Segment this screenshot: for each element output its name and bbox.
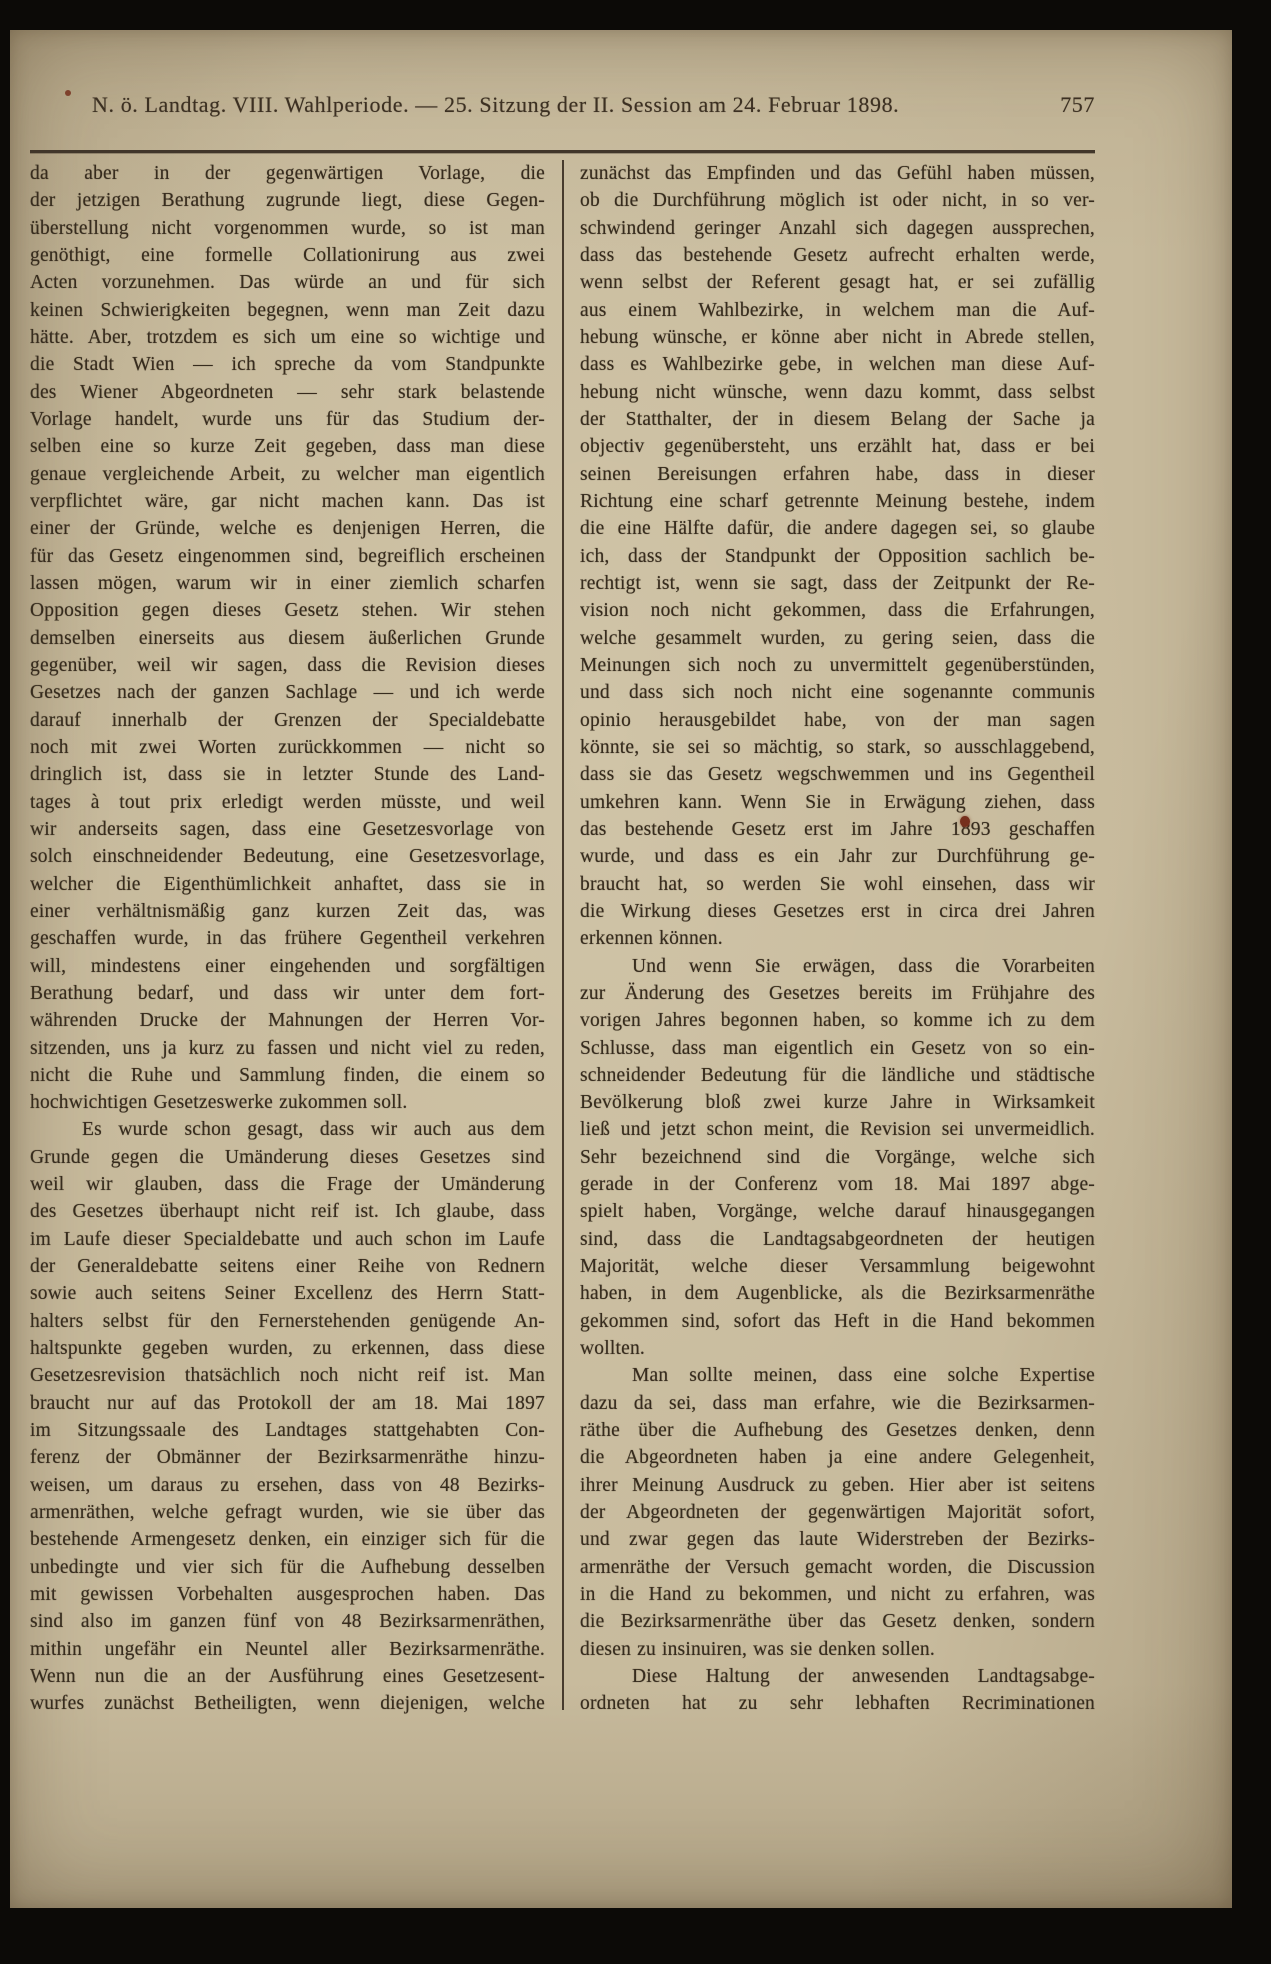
ink-stain — [960, 816, 970, 827]
text-line: armenräthen, welche gefragt wurden, wie … — [30, 1499, 545, 1526]
paper: N. ö. Landtag. VIII. Wahlperiode. — 25. … — [10, 30, 1232, 1908]
text-line: ließ und jetzt schon meint, die Revision… — [580, 1116, 1095, 1143]
text-line: vorigen Jahres begonnen haben, so komme … — [580, 1007, 1095, 1034]
text-line: solch einschneidender Bedeutung, eine Ge… — [30, 843, 545, 870]
text-line: mithin ungefähr ein Neuntel aller Bezirk… — [30, 1636, 545, 1663]
text-line: objectiv gegenübersteht, uns erzählt hat… — [580, 433, 1095, 460]
text-line: zunächst das Empfinden und das Gefühl ha… — [580, 160, 1095, 187]
text-line: schwindend geringer Anzahl sich dagegen … — [580, 215, 1095, 242]
column-divider — [562, 160, 564, 1710]
text-line: gekommen sind, sofort das Heft in die Ha… — [580, 1308, 1095, 1335]
text-line: könnte, sie sei so mächtig, so stark, so… — [580, 734, 1095, 761]
text-line: der jetzigen Berathung zugrunde liegt, d… — [30, 187, 545, 214]
text-line: zur Änderung des Gesetzes bereits im Frü… — [580, 980, 1095, 1007]
text-line: Gesetzesrevision thatsächlich noch nicht… — [30, 1362, 545, 1389]
text-line: hebung wünsche, er könne aber nicht in A… — [580, 324, 1095, 351]
text-line: Vorlage handelt, wurde uns für das Studi… — [30, 406, 545, 433]
text-line: gegenüber, weil wir sagen, dass die Revi… — [30, 652, 545, 679]
text-line: darauf innerhalb der Grenzen der Special… — [30, 707, 545, 734]
text-line: genaue vergleichende Arbeit, zu welcher … — [30, 461, 545, 488]
text-line: weisen, um daraus zu ersehen, dass von 4… — [30, 1472, 545, 1499]
text-line: im Sitzungssaale des Landtages stattgeha… — [30, 1417, 545, 1444]
text-line: da aber in der gegenwärtigen Vorlage, di… — [30, 160, 545, 187]
text-line: rechtigt ist, wenn sie sagt, dass der Ze… — [580, 570, 1095, 597]
text-line: Und wenn Sie erwägen, dass die Vorarbeit… — [580, 953, 1095, 980]
text-line: der Statthalter, der in diesem Belang de… — [580, 406, 1095, 433]
text-line: der Generaldebatte seitens einer Reihe v… — [30, 1253, 545, 1280]
text-line: Berathung bedarf, und dass wir unter dem… — [30, 980, 545, 1007]
text-line: wurde, und dass es ein Jahr zur Durchfüh… — [580, 843, 1095, 870]
text-line: für das Gesetz eingenommen sind, begreif… — [30, 543, 545, 570]
text-line: wurfes zunächst Betheiligten, wenn dieje… — [30, 1690, 545, 1717]
text-line: Meinungen sich noch zu unvermittelt gege… — [580, 652, 1095, 679]
text-line: Richtung eine scharf getrennte Meinung b… — [580, 488, 1095, 515]
text-line: und zwar gegen das laute Widerstreben de… — [580, 1526, 1095, 1553]
text-line: braucht hat, so werden Sie wohl einsehen… — [580, 871, 1095, 898]
text-line: ich, dass der Standpunkt der Opposition … — [580, 543, 1095, 570]
text-line: in die Hand zu bekommen, und nicht zu er… — [580, 1581, 1095, 1608]
text-line: wenn selbst der Referent gesagt hat, er … — [580, 269, 1095, 296]
header-title: N. ö. Landtag. VIII. Wahlperiode. — 25. … — [30, 92, 899, 118]
text-line: Majorität, welche dieser Versammlung bei… — [580, 1253, 1095, 1280]
text-line: überstellung nicht vorgenommen wurde, so… — [30, 215, 545, 242]
text-line: dass es Wahlbezirke gebe, in welchen man… — [580, 351, 1095, 378]
text-line: Es wurde schon gesagt, dass wir auch aus… — [30, 1116, 545, 1143]
text-line: tages à tout prix erledigt werden müsste… — [30, 789, 545, 816]
text-column-right: zunächst das Empfinden und das Gefühl ha… — [580, 160, 1095, 1718]
text-line: ob die Durchführung möglich ist oder nic… — [580, 187, 1095, 214]
text-line: sowie auch seitens Seiner Excellenz des … — [30, 1280, 545, 1307]
text-line: sind, dass die Landtagsabgeordneten der … — [580, 1226, 1095, 1253]
text-line: dass das bestehende Gesetz aufrecht erha… — [580, 242, 1095, 269]
text-line: ihrer Meinung Ausdruck zu geben. Hier ab… — [580, 1472, 1095, 1499]
text-columns: da aber in der gegenwärtigen Vorlage, di… — [30, 160, 1095, 1718]
text-line: genöthigt, eine formelle Collationirung … — [30, 242, 545, 269]
text-line: spielt haben, Vorgänge, welche darauf hi… — [580, 1198, 1095, 1225]
text-line: Sehr bezeichnend sind die Vorgänge, welc… — [580, 1144, 1095, 1171]
text-line: gerade in der Conferenz vom 18. Mai 1897… — [580, 1171, 1095, 1198]
text-line: ferenz der Obmänner der Bezirksarmenräth… — [30, 1444, 545, 1471]
text-line: will, mindestens einer eingehenden und s… — [30, 953, 545, 980]
text-line: und dass sich noch nicht eine sogenannte… — [580, 679, 1095, 706]
text-line: Diese Haltung der anwesenden Landtagsabg… — [580, 1663, 1095, 1690]
text-line: die Bezirksarmenräthe über das Gesetz de… — [580, 1608, 1095, 1635]
text-line: verpflichtet wäre, gar nicht machen kann… — [30, 488, 545, 515]
text-line: diesen zu insinuiren, was sie denken sol… — [580, 1636, 1095, 1663]
text-line: armenräthe der Versuch gemacht worden, d… — [580, 1554, 1095, 1581]
text-line: Bevölkerung bloß zwei kurze Jahre in Wir… — [580, 1089, 1095, 1116]
text-line: mit gewissen Vorbehalten ausgesprochen h… — [30, 1581, 545, 1608]
text-line: Man sollte meinen, dass eine solche Expe… — [580, 1362, 1095, 1389]
text-line: haltspunkte gegeben wurden, zu erkennen,… — [30, 1335, 545, 1362]
text-line: die Wirkung dieses Gesetzes erst in circ… — [580, 898, 1095, 925]
text-line: hebung nicht wünsche, wenn dazu kommt, d… — [580, 379, 1095, 406]
text-line: geschaffen wurde, in das frühere Gegenth… — [30, 925, 545, 952]
text-line: haben, in dem Augenblicke, als die Bezir… — [580, 1280, 1095, 1307]
text-line: die eine Hälfte dafür, die andere dagege… — [580, 515, 1095, 542]
text-line: hochwichtigen Gesetzeswerke zukommen sol… — [30, 1089, 545, 1116]
text-line: umkehren kann. Wenn Sie in Erwägung zieh… — [580, 789, 1095, 816]
text-line: Wenn nun die an der Ausführung eines Ges… — [30, 1663, 545, 1690]
text-line: einer verhältnismäßig ganz kurzen Zeit d… — [30, 898, 545, 925]
text-line: die Abgeordneten haben ja eine andere Ge… — [580, 1444, 1095, 1471]
text-line: räthe über die Aufhebung des Gesetzes de… — [580, 1417, 1095, 1444]
text-line: Opposition gegen dieses Gesetz stehen. W… — [30, 597, 545, 624]
scanned-page: N. ö. Landtag. VIII. Wahlperiode. — 25. … — [0, 0, 1271, 1964]
ink-speck — [65, 90, 71, 96]
text-line: wollten. — [580, 1335, 1095, 1362]
text-line: dringlich ist, dass sie in letzter Stund… — [30, 761, 545, 788]
text-line: welche gesammelt wurden, zu gering seien… — [580, 625, 1095, 652]
text-line: des Gesetzes überhaupt nicht reif ist. I… — [30, 1198, 545, 1225]
text-line: welcher die Eigenthümlichkeit anhaftet, … — [30, 871, 545, 898]
text-line: lassen mögen, warum wir in einer ziemlic… — [30, 570, 545, 597]
text-line: selben eine so kurze Zeit gegeben, dass … — [30, 433, 545, 460]
text-line: braucht nur auf das Protokoll der am 18.… — [30, 1390, 545, 1417]
text-line: opinio herausgebildet habe, von der man … — [580, 707, 1095, 734]
text-line: seinen Bereisungen erfahren habe, dass i… — [580, 461, 1095, 488]
text-line: weil wir glauben, dass die Frage der Umä… — [30, 1171, 545, 1198]
page-header: N. ö. Landtag. VIII. Wahlperiode. — 25. … — [30, 92, 1095, 118]
text-line: erkennen können. — [580, 925, 1095, 952]
text-line: ordneten hat zu sehr lebhaften Recrimina… — [580, 1690, 1095, 1717]
text-line: noch mit zwei Worten zurückkommen — nich… — [30, 734, 545, 761]
text-line: Gesetzes nach der ganzen Sachlage — und … — [30, 679, 545, 706]
text-line: wir anderseits sagen, dass eine Gesetzes… — [30, 816, 545, 843]
text-line: schneidender Bedeutung für die ländliche… — [580, 1062, 1095, 1089]
text-line: sind also im ganzen fünf von 48 Bezirksa… — [30, 1608, 545, 1635]
column-divider-area — [545, 160, 580, 1718]
text-line: keinen Schwierigkeiten begegnen, wenn ma… — [30, 297, 545, 324]
text-line: sitzenden, uns ja kurz zu fassen und nic… — [30, 1035, 545, 1062]
text-line: Schlusse, dass man eigentlich ein Gesetz… — [580, 1035, 1095, 1062]
text-line: halters selbst für den Fernerstehenden g… — [30, 1308, 545, 1335]
text-line: Grunde gegen die Umänderung dieses Geset… — [30, 1144, 545, 1171]
text-line: aus einem Wahlbezirke, in welchem man di… — [580, 297, 1095, 324]
text-line: nicht die Ruhe und Sammlung finden, die … — [30, 1062, 545, 1089]
text-line: des Wiener Abgeordneten — sehr stark bel… — [30, 379, 545, 406]
text-line: dass sie das Gesetz wegschwemmen und ins… — [580, 761, 1095, 788]
header-rule — [30, 150, 1095, 153]
text-line: dazu da sei, dass man erfahre, wie die B… — [580, 1390, 1095, 1417]
text-line: der Abgeordneten der gegenwärtigen Major… — [580, 1499, 1095, 1526]
text-line: hätte. Aber, trotzdem es sich um eine so… — [30, 324, 545, 351]
text-line: Acten vorzunehmen. Das würde an und für … — [30, 269, 545, 296]
text-line: vision noch nicht gekommen, dass die Erf… — [580, 597, 1095, 624]
text-line: das bestehende Gesetz erst im Jahre 1893… — [580, 816, 1095, 843]
text-column-left: da aber in der gegenwärtigen Vorlage, di… — [30, 160, 545, 1718]
text-line: im Laufe dieser Specialdebatte und auch … — [30, 1226, 545, 1253]
text-line: einer der Gründe, welche es denjenigen H… — [30, 515, 545, 542]
page-number: 757 — [1060, 92, 1095, 118]
text-line: bestehende Armengesetz denken, ein einzi… — [30, 1526, 545, 1553]
text-line: währenden Drucke der Mahnungen der Herre… — [30, 1007, 545, 1034]
text-line: die Stadt Wien — ich spreche da vom Stan… — [30, 351, 545, 378]
text-line: unbedingte und vier sich für die Aufhebu… — [30, 1554, 545, 1581]
text-line: demselben einerseits aus diesem äußerlic… — [30, 625, 545, 652]
